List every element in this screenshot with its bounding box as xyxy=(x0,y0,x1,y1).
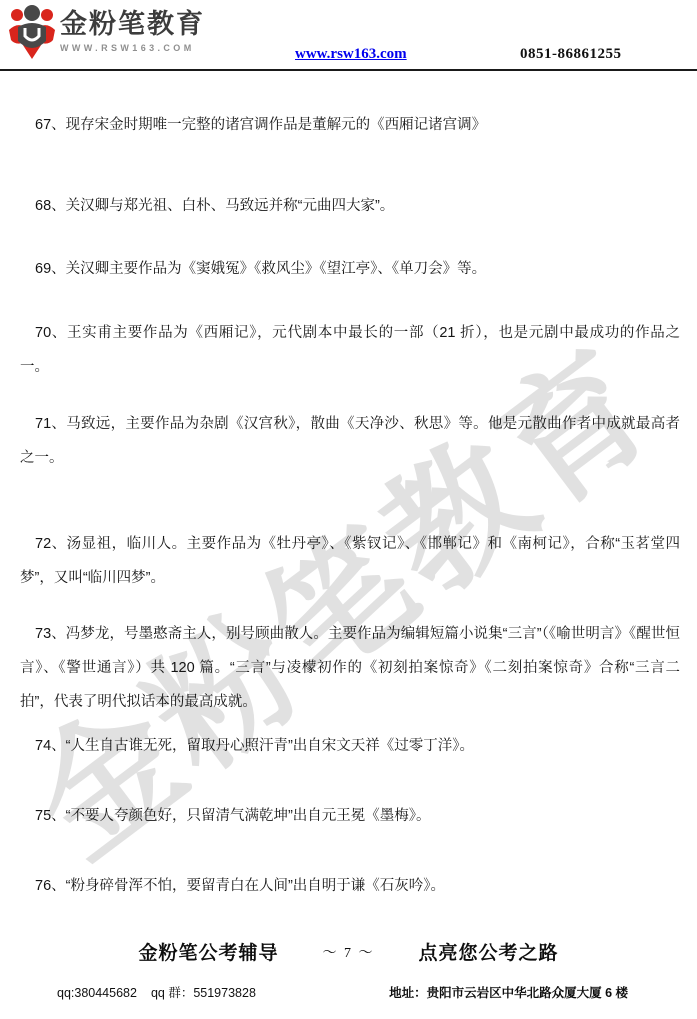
header: 金粉笔教育 WWW.RSW163.COM www.rsw163.com 0851… xyxy=(0,0,697,70)
brand-name: 金粉笔教育 xyxy=(60,8,205,40)
header-divider xyxy=(0,69,697,71)
fact-list: 67、现存宋金时期唯一完整的诸宫调作品是董解元的《西厢记诸宫调》 68、关汉卿与… xyxy=(20,71,680,903)
logo-text: 金粉笔教育 WWW.RSW163.COM xyxy=(60,3,205,53)
qq-number: qq:380445682 xyxy=(57,986,137,1000)
list-item-71: 71、马致远，主要作品为杂剧《汉宫秋》，散曲《天净沙、秋思》等。他是元散曲作者中… xyxy=(20,407,680,475)
footer-contact: qq:380445682qq 群：551973828 地址：贵阳市云岩区中华北路… xyxy=(57,983,628,1001)
address: 地址：贵阳市云岩区中华北路众厦大厦 6 楼 xyxy=(389,983,628,1001)
list-item-73: 73、冯梦龙，号墨憨斋主人，别号顾曲散人。主要作品为编辑短篇小说集“三言”（《喻… xyxy=(20,617,680,719)
list-item-70: 70、王实甫主要作品为《西厢记》，元代剧本中最长的一部（21 折），也是元剧中最… xyxy=(20,316,680,384)
website-link[interactable]: www.rsw163.com xyxy=(295,46,407,63)
brand-site-url: WWW.RSW163.COM xyxy=(60,43,205,53)
document-page: 金粉笔教育 金粉笔教育 WWW.RSW163.COM www.rsw1 xyxy=(0,0,697,1019)
list-item-76: 76、“粉身碎骨浑不怕，要留青白在人间”出自明于谦《石灰吟》。 xyxy=(20,869,680,903)
brand-people-icon xyxy=(8,3,56,59)
list-item-74: 74、“人生自古谁无死，留取丹心照汗青”出自宋文天祥《过零丁洋》。 xyxy=(20,729,680,763)
list-item-75: 75、“不要人夸颜色好，只留清气满乾坤”出自元王冕《墨梅》。 xyxy=(20,799,680,833)
list-item-69: 69、关汉卿主要作品为《窦娥冤》《救风尘》《望江亭》、《单刀会》等。 xyxy=(20,252,680,286)
list-item-68: 68、关汉卿与郑光祖、白朴、马致远并称“元曲四大家”。 xyxy=(20,189,680,223)
qq-group-number: qq 群：551973828 xyxy=(151,986,256,1000)
page-number: ～ 7 ～ xyxy=(323,942,375,962)
footer-slogan: 点亮您公考之路 xyxy=(419,938,559,965)
qq-contact: qq:380445682qq 群：551973828 xyxy=(57,983,256,1001)
footer-course-name: 金粉笔公考辅导 xyxy=(138,938,278,965)
footer-banner: 金粉笔公考辅导 ～ 7 ～ 点亮您公考之路 xyxy=(0,938,697,965)
list-item-72: 72、汤显祖，临川人。主要作品为《牡丹亭》、《紫钗记》、《邯郸记》和《南柯记》，… xyxy=(20,527,680,595)
phone-number: 0851-86861255 xyxy=(520,46,622,63)
list-item-67: 67、现存宋金时期唯一完整的诸宫调作品是董解元的《西厢记诸宫调》 xyxy=(20,108,680,142)
logo: 金粉笔教育 WWW.RSW163.COM xyxy=(8,3,205,59)
